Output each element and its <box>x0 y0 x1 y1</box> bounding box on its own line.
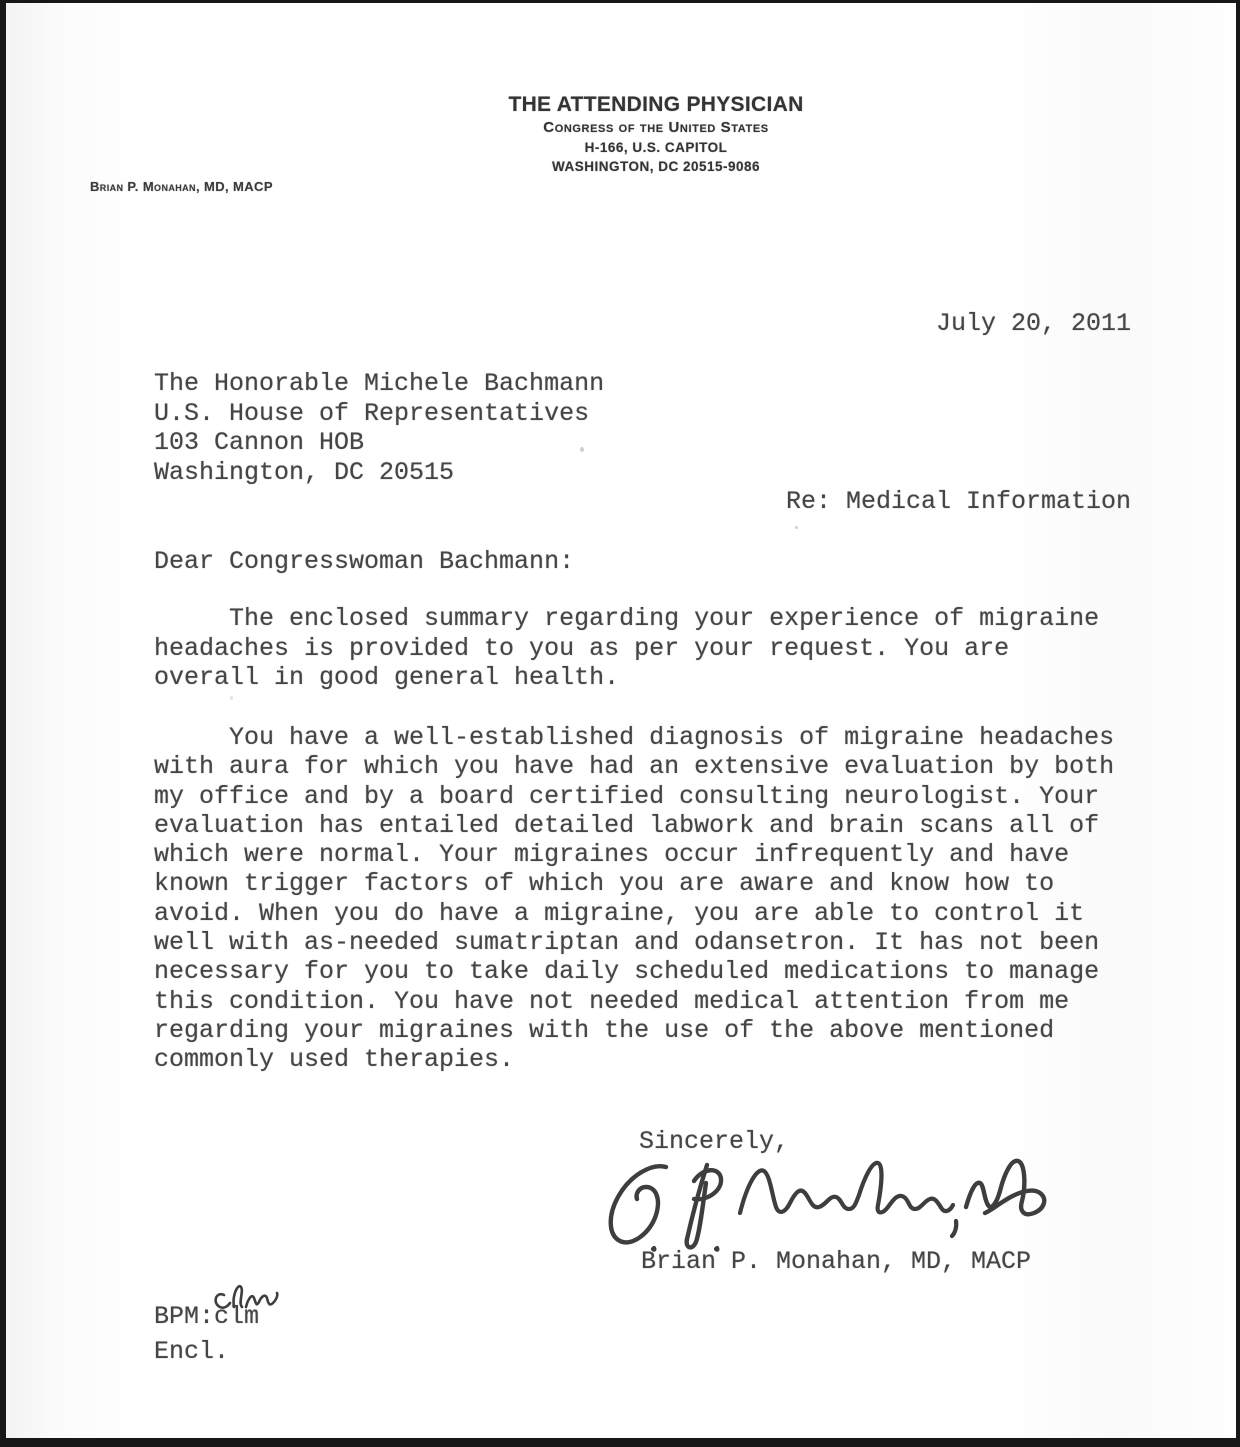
scan-speck <box>795 526 798 529</box>
scanned-letter-frame: THE ATTENDING PHYSICIAN Congress of the … <box>0 0 1240 1447</box>
letter-date: July 20, 2011 <box>936 309 1131 338</box>
letterhead: THE ATTENDING PHYSICIAN Congress of the … <box>391 93 921 176</box>
recipient-address-block: The Honorable Michele Bachmann U.S. Hous… <box>154 369 604 487</box>
letterhead-office-title: THE ATTENDING PHYSICIAN <box>391 93 921 117</box>
scan-speck <box>580 447 584 452</box>
salutation: Dear Congresswoman Bachmann: <box>154 547 574 576</box>
body-paragraph-2: You have a well-established diagnosis of… <box>154 723 1164 1075</box>
reference-initials: BPM:clm <box>154 1302 259 1331</box>
letterhead-address-line1: H-166, U.S. CAPITOL <box>391 138 921 157</box>
letterhead-address-line2: WASHINGTON, DC 20515-9086 <box>391 157 921 176</box>
letterhead-physician-name: Brian P. Monahan, MD, MACP <box>90 179 273 194</box>
scan-speck <box>230 696 233 700</box>
handwritten-signature <box>604 1141 1052 1259</box>
typed-signature-name: Brian P. Monahan, MD, MACP <box>641 1247 1031 1276</box>
letterhead-organization: Congress of the United States <box>391 117 921 138</box>
body-paragraph-1: The enclosed summary regarding your expe… <box>154 604 1164 693</box>
letter-page: THE ATTENDING PHYSICIAN Congress of the … <box>6 3 1236 1438</box>
subject-line: Re: Medical Information <box>786 487 1131 516</box>
enclosure-notation: Encl. <box>154 1337 229 1366</box>
